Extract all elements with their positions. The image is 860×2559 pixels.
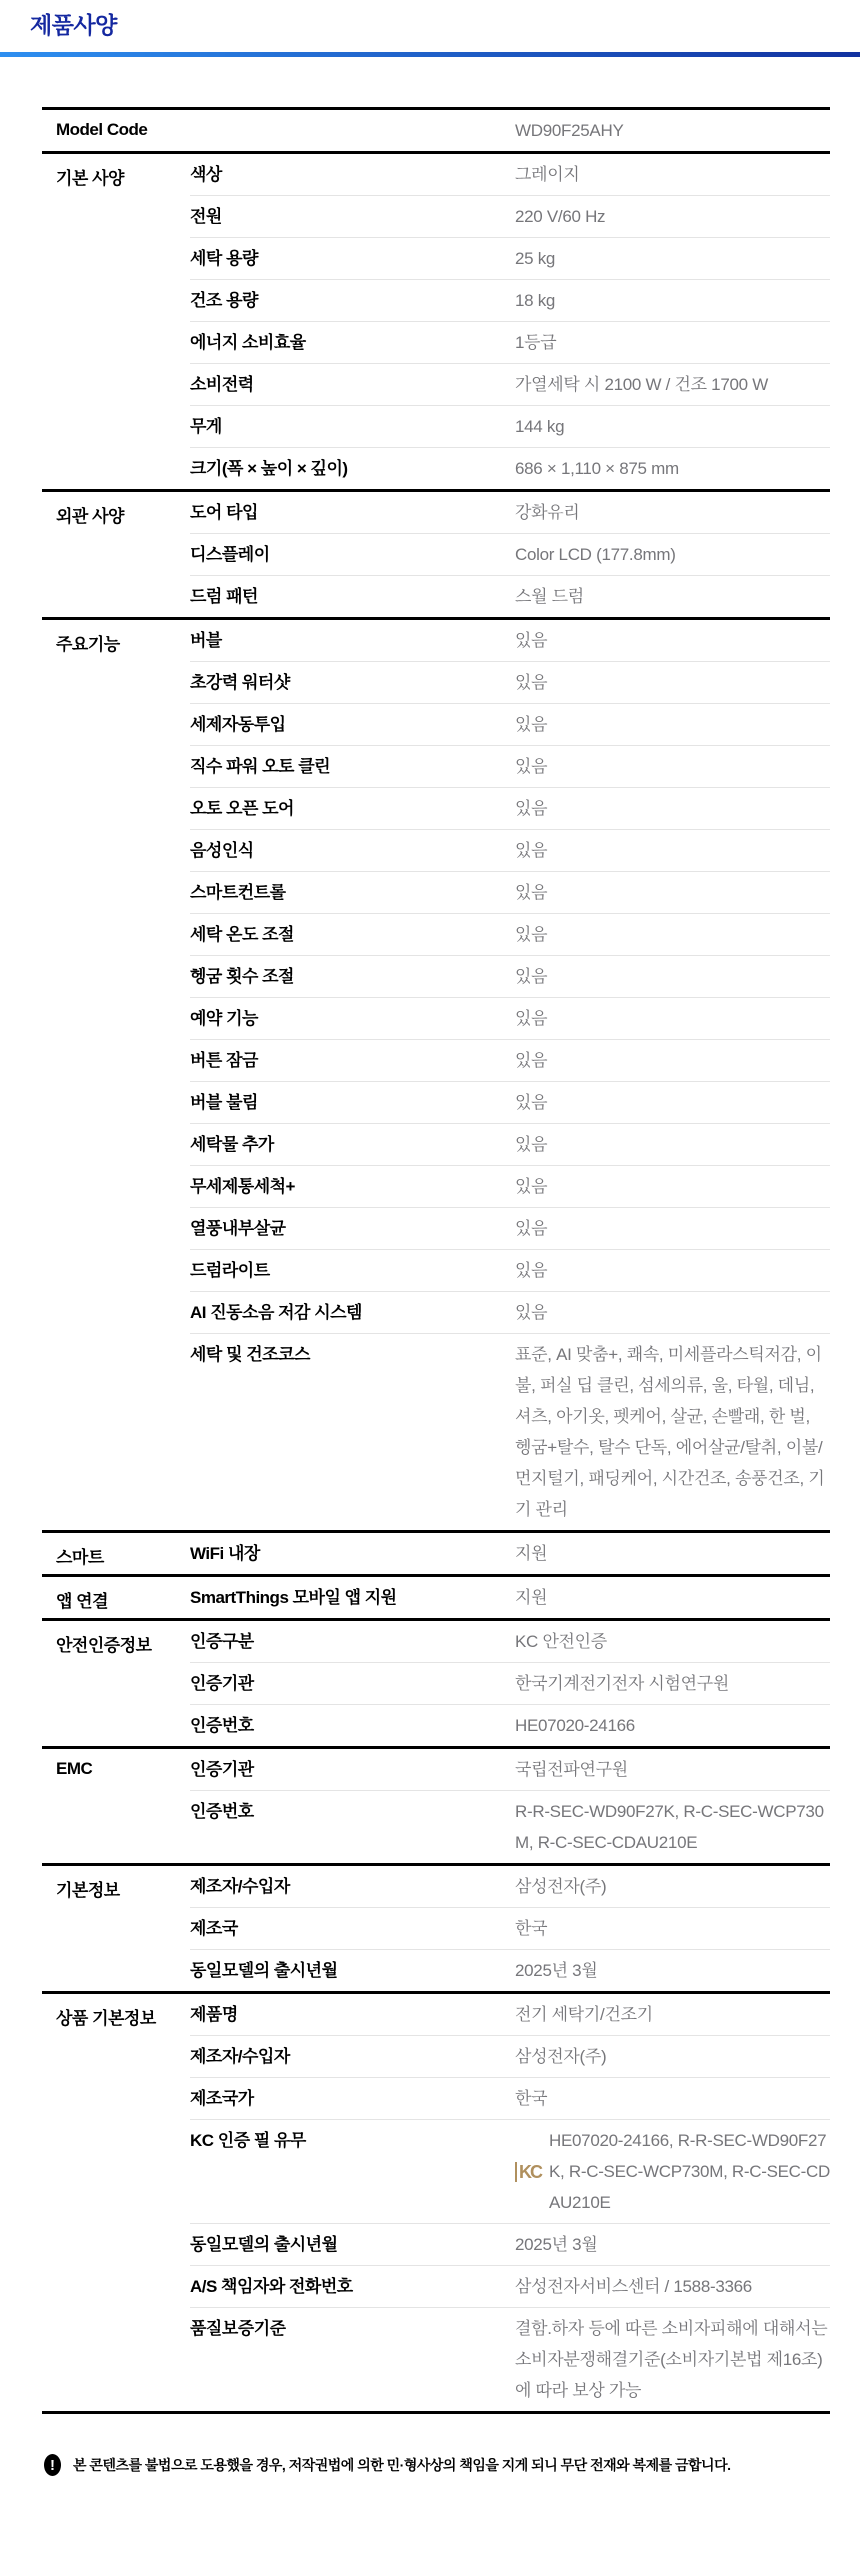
spec-value: 있음 [515, 877, 830, 908]
spec-row: 열풍내부살균있음 [190, 1208, 830, 1250]
spec-value: 144 kg [515, 411, 830, 442]
spec-section: 스마트WiFi 내장지원 [42, 1530, 830, 1574]
spec-value: 한국 [515, 2083, 830, 2114]
spec-label: 인증기관 [190, 1754, 515, 1785]
spec-value: 있음 [515, 1129, 830, 1160]
spec-row: 음성인식있음 [190, 830, 830, 872]
section-rows: 인증구분KC 안전인증인증기관한국기계전기전자 시험연구원인증번호HE07020… [190, 1621, 830, 1746]
section-rows: 색상그레이지전원220 V/60 Hz세탁 용량25 kg건조 용량18 kg에… [190, 154, 830, 489]
spec-value: HE07020-24166 [515, 1710, 830, 1741]
spec-label: 전원 [190, 201, 515, 232]
spec-value: 있음 [515, 1213, 830, 1244]
spec-label: 초강력 워터샷 [190, 667, 515, 698]
title-underline [0, 52, 860, 57]
section-category-label: 기본정보 [42, 1866, 190, 1991]
spec-label: 동일모델의 출시년월 [190, 1955, 515, 1986]
spec-value: 1등급 [515, 327, 830, 358]
spec-row: 인증기관국립전파연구원 [190, 1749, 830, 1791]
page-title: 제품사양 [0, 0, 860, 40]
section-rows: 도어 타입강화유리디스플레이Color LCD (177.8mm)드럼 패턴스월… [190, 492, 830, 617]
spec-row: 동일모델의 출시년월2025년 3월 [190, 1950, 830, 1991]
spec-label: 버튼 잠금 [190, 1045, 515, 1076]
spec-row: 에너지 소비효율1등급 [190, 322, 830, 364]
page-header: 제품사양 [0, 0, 860, 57]
spec-section: 안전인증정보인증구분KC 안전인증인증기관한국기계전기전자 시험연구원인증번호H… [42, 1618, 830, 1746]
spec-label: 인증기관 [190, 1668, 515, 1699]
spec-row: 전원220 V/60 Hz [190, 196, 830, 238]
spec-value: KC 안전인증 [515, 1626, 830, 1657]
spec-row: WiFi 내장지원 [190, 1533, 830, 1574]
spec-label: 세탁 온도 조절 [190, 919, 515, 950]
spec-value: 2025년 3월 [515, 1955, 830, 1986]
spec-label: 세탁 및 건조코스 [190, 1339, 515, 1370]
spec-section: 주요기능버블있음초강력 워터샷있음세제자동투입있음직수 파워 오토 클린있음오토… [42, 617, 830, 1530]
spec-row: 크기(폭 × 높이 × 깊이)686 × 1,110 × 875 mm [190, 448, 830, 489]
spec-value: 한국 [515, 1913, 830, 1944]
spec-section: 상품 기본정보제품명전기 세탁기/건조기제조자/수입자삼성전자(주)제조국가한국… [42, 1991, 830, 2411]
spec-row: 드럼라이트있음 [190, 1250, 830, 1292]
spec-label: 무세제통세척+ [190, 1171, 515, 1202]
kc-certification-icon: KC [515, 2162, 541, 2182]
spec-section: Model CodeWD90F25AHY [42, 107, 830, 151]
spec-row: 세탁물 추가있음 [190, 1124, 830, 1166]
spec-section: 기본 사양색상그레이지전원220 V/60 Hz세탁 용량25 kg건조 용량1… [42, 151, 830, 489]
section-category-label: 기본 사양 [42, 154, 190, 489]
spec-value: 있음 [515, 1297, 830, 1328]
spec-value: 있음 [515, 1255, 830, 1286]
spec-value: 있음 [515, 751, 830, 782]
spec-row: 세제자동투입있음 [190, 704, 830, 746]
spec-value: 전기 세탁기/건조기 [515, 1999, 830, 2030]
spec-value: 삼성전자(주) [515, 2041, 830, 2072]
section-category-label: 앱 연결 [42, 1577, 190, 1618]
spec-value: 686 × 1,110 × 875 mm [515, 453, 830, 484]
spec-label: 제조자/수입자 [190, 2041, 515, 2072]
spec-row: 도어 타입강화유리 [190, 492, 830, 534]
spec-row: 인증번호R-R-SEC-WD90F27K, R-C-SEC-WCP730M, R… [190, 1791, 830, 1863]
spec-value: Color LCD (177.8mm) [515, 539, 830, 570]
spec-label: 헹굼 횟수 조절 [190, 961, 515, 992]
spec-value: 있음 [515, 961, 830, 992]
section-category-label: 안전인증정보 [42, 1621, 190, 1746]
spec-section: 앱 연결SmartThings 모바일 앱 지원지원 [42, 1574, 830, 1618]
spec-value: 지원 [515, 1538, 830, 1569]
section-category-label: 주요기능 [42, 620, 190, 1530]
spec-label: 제품명 [190, 1999, 515, 2030]
spec-value: 있음 [515, 1087, 830, 1118]
section-rows: WiFi 내장지원 [190, 1533, 830, 1574]
spec-label: 에너지 소비효율 [190, 327, 515, 358]
spec-value: 있음 [515, 1045, 830, 1076]
spec-label: 세탁물 추가 [190, 1129, 515, 1160]
spec-label: 열풍내부살균 [190, 1213, 515, 1244]
spec-row: 제조국가한국 [190, 2078, 830, 2120]
spec-section: EMC인증기관국립전파연구원인증번호R-R-SEC-WD90F27K, R-C-… [42, 1746, 830, 1863]
spec-value: 있음 [515, 919, 830, 950]
spec-row: 버블있음 [190, 620, 830, 662]
section-rows: 버블있음초강력 워터샷있음세제자동투입있음직수 파워 오토 클린있음오토 오픈 … [190, 620, 830, 1530]
copyright-text: 본 콘텐츠를 불법으로 도용했을 경우, 저작권법에 의한 민·형사상의 책임을… [73, 2455, 731, 2475]
spec-table: Model CodeWD90F25AHY기본 사양색상그레이지전원220 V/6… [42, 107, 830, 2414]
section-rows: 제품명전기 세탁기/건조기제조자/수입자삼성전자(주)제조국가한국KC 인증 필… [190, 1994, 830, 2411]
section-category-label: EMC [42, 1749, 190, 1863]
spec-value-text: HE07020-24166, R-R-SEC-WD90F27K, R-C-SEC… [549, 2125, 830, 2218]
spec-value: 삼성전자서비스센터 / 1588-3366 [515, 2271, 830, 2302]
spec-value: 있음 [515, 793, 830, 824]
spec-value: 있음 [515, 835, 830, 866]
spec-value: 있음 [515, 667, 830, 698]
section-category-label: Model Code [42, 110, 190, 151]
exclamation-icon: ! [44, 2454, 61, 2476]
spec-row: 직수 파워 오토 클린있음 [190, 746, 830, 788]
spec-label: 인증구분 [190, 1626, 515, 1657]
spec-label: 품질보증기준 [190, 2313, 515, 2344]
spec-label: 인증번호 [190, 1796, 515, 1827]
spec-row: 제조자/수입자삼성전자(주) [190, 2036, 830, 2078]
section-category-label: 상품 기본정보 [42, 1994, 190, 2411]
spec-value: R-R-SEC-WD90F27K, R-C-SEC-WCP730M, R-C-S… [515, 1796, 830, 1858]
spec-label: 세제자동투입 [190, 709, 515, 740]
spec-row: WD90F25AHY [190, 110, 830, 151]
spec-row: 동일모델의 출시년월2025년 3월 [190, 2224, 830, 2266]
spec-value: 표준, AI 맞춤+, 쾌속, 미세플라스틱저감, 이불, 퍼실 딥 클린, 섬… [515, 1339, 830, 1525]
spec-label: 크기(폭 × 높이 × 깊이) [190, 453, 515, 484]
spec-label: 직수 파워 오토 클린 [190, 751, 515, 782]
section-category-label: 스마트 [42, 1533, 190, 1574]
spec-row: SmartThings 모바일 앱 지원지원 [190, 1577, 830, 1618]
spec-row: 버블 불림있음 [190, 1082, 830, 1124]
spec-row: 초강력 워터샷있음 [190, 662, 830, 704]
spec-label: 소비전력 [190, 369, 515, 400]
copyright-footer: ! 본 콘텐츠를 불법으로 도용했을 경우, 저작권법에 의한 민·형사상의 책… [44, 2454, 840, 2476]
spec-section: 외관 사양도어 타입강화유리디스플레이Color LCD (177.8mm)드럼… [42, 489, 830, 617]
spec-row: KC 인증 필 유무KCHE07020-24166, R-R-SEC-WD90F… [190, 2120, 830, 2224]
spec-label: 색상 [190, 159, 515, 190]
spec-row: 제품명전기 세탁기/건조기 [190, 1994, 830, 2036]
section-rows: SmartThings 모바일 앱 지원지원 [190, 1577, 830, 1618]
spec-row: 스마트컨트롤있음 [190, 872, 830, 914]
spec-value: 있음 [515, 1003, 830, 1034]
spec-value: 한국기계전기전자 시험연구원 [515, 1668, 830, 1699]
section-rows: 제조자/수입자삼성전자(주)제조국한국동일모델의 출시년월2025년 3월 [190, 1866, 830, 1991]
spec-value: 있음 [515, 625, 830, 656]
spec-row: 디스플레이Color LCD (177.8mm) [190, 534, 830, 576]
spec-label: SmartThings 모바일 앱 지원 [190, 1582, 515, 1613]
spec-label: A/S 책임자와 전화번호 [190, 2271, 515, 2302]
spec-label: 버블 불림 [190, 1087, 515, 1118]
spec-row: 오토 오픈 도어있음 [190, 788, 830, 830]
spec-label: 도어 타입 [190, 497, 515, 528]
spec-value: 스월 드럼 [515, 581, 830, 612]
section-rows: 인증기관국립전파연구원인증번호R-R-SEC-WD90F27K, R-C-SEC… [190, 1749, 830, 1863]
spec-label: 디스플레이 [190, 539, 515, 570]
spec-label: 건조 용량 [190, 285, 515, 316]
spec-value: 있음 [515, 709, 830, 740]
spec-value: 삼성전자(주) [515, 1871, 830, 1902]
spec-label: 인증번호 [190, 1710, 515, 1741]
spec-section: 기본정보제조자/수입자삼성전자(주)제조국한국동일모델의 출시년월2025년 3… [42, 1863, 830, 1991]
spec-row: 소비전력가열세탁 시 2100 W / 건조 1700 W [190, 364, 830, 406]
spec-row: A/S 책임자와 전화번호삼성전자서비스센터 / 1588-3366 [190, 2266, 830, 2308]
spec-row: 헹굼 횟수 조절있음 [190, 956, 830, 998]
spec-label: 오토 오픈 도어 [190, 793, 515, 824]
spec-row: 예약 기능있음 [190, 998, 830, 1040]
spec-row: 무게144 kg [190, 406, 830, 448]
spec-label: AI 진동소음 저감 시스템 [190, 1297, 515, 1328]
spec-label: 드럼라이트 [190, 1255, 515, 1286]
spec-row: 무세제통세척+있음 [190, 1166, 830, 1208]
spec-label: 무게 [190, 411, 515, 442]
spec-row: 세탁 용량25 kg [190, 238, 830, 280]
spec-row: 인증구분KC 안전인증 [190, 1621, 830, 1663]
spec-value: KCHE07020-24166, R-R-SEC-WD90F27K, R-C-S… [515, 2125, 830, 2218]
spec-value: 지원 [515, 1582, 830, 1613]
spec-value: 국립전파연구원 [515, 1754, 830, 1785]
spec-row: 건조 용량18 kg [190, 280, 830, 322]
spec-row: 인증기관한국기계전기전자 시험연구원 [190, 1663, 830, 1705]
spec-label: KC 인증 필 유무 [190, 2125, 515, 2156]
spec-row: 제조자/수입자삼성전자(주) [190, 1866, 830, 1908]
spec-row: 제조국한국 [190, 1908, 830, 1950]
spec-label: 버블 [190, 625, 515, 656]
spec-value: 결함.하자 등에 따른 소비자피해에 대해서는 소비자분쟁해결기준(소비자기본법… [515, 2313, 830, 2406]
spec-value: 25 kg [515, 243, 830, 274]
spec-row: 세탁 온도 조절있음 [190, 914, 830, 956]
spec-row: 품질보증기준결함.하자 등에 따른 소비자피해에 대해서는 소비자분쟁해결기준(… [190, 2308, 830, 2411]
spec-label: 스마트컨트롤 [190, 877, 515, 908]
spec-value: 가열세탁 시 2100 W / 건조 1700 W [515, 369, 830, 400]
spec-label: 세탁 용량 [190, 243, 515, 274]
spec-row: 드럼 패턴스월 드럼 [190, 576, 830, 617]
spec-value: 220 V/60 Hz [515, 201, 830, 232]
spec-label: 제조자/수입자 [190, 1871, 515, 1902]
spec-label: 드럼 패턴 [190, 581, 515, 612]
spec-value: WD90F25AHY [515, 115, 830, 146]
spec-value: 강화유리 [515, 497, 830, 528]
spec-label: 음성인식 [190, 835, 515, 866]
spec-value: 2025년 3월 [515, 2229, 830, 2260]
spec-row: 색상그레이지 [190, 154, 830, 196]
spec-value: 그레이지 [515, 159, 830, 190]
section-category-label: 외관 사양 [42, 492, 190, 617]
spec-value: 18 kg [515, 285, 830, 316]
spec-value: 있음 [515, 1171, 830, 1202]
spec-label: 제조국가 [190, 2083, 515, 2114]
spec-row: AI 진동소음 저감 시스템있음 [190, 1292, 830, 1334]
spec-row: 인증번호HE07020-24166 [190, 1705, 830, 1746]
spec-label: 예약 기능 [190, 1003, 515, 1034]
spec-label: 동일모델의 출시년월 [190, 2229, 515, 2260]
spec-row: 세탁 및 건조코스표준, AI 맞춤+, 쾌속, 미세플라스틱저감, 이불, 퍼… [190, 1334, 830, 1530]
spec-label: 제조국 [190, 1913, 515, 1944]
section-rows: WD90F25AHY [190, 110, 830, 151]
spec-label: WiFi 내장 [190, 1538, 515, 1569]
spec-row: 버튼 잠금있음 [190, 1040, 830, 1082]
